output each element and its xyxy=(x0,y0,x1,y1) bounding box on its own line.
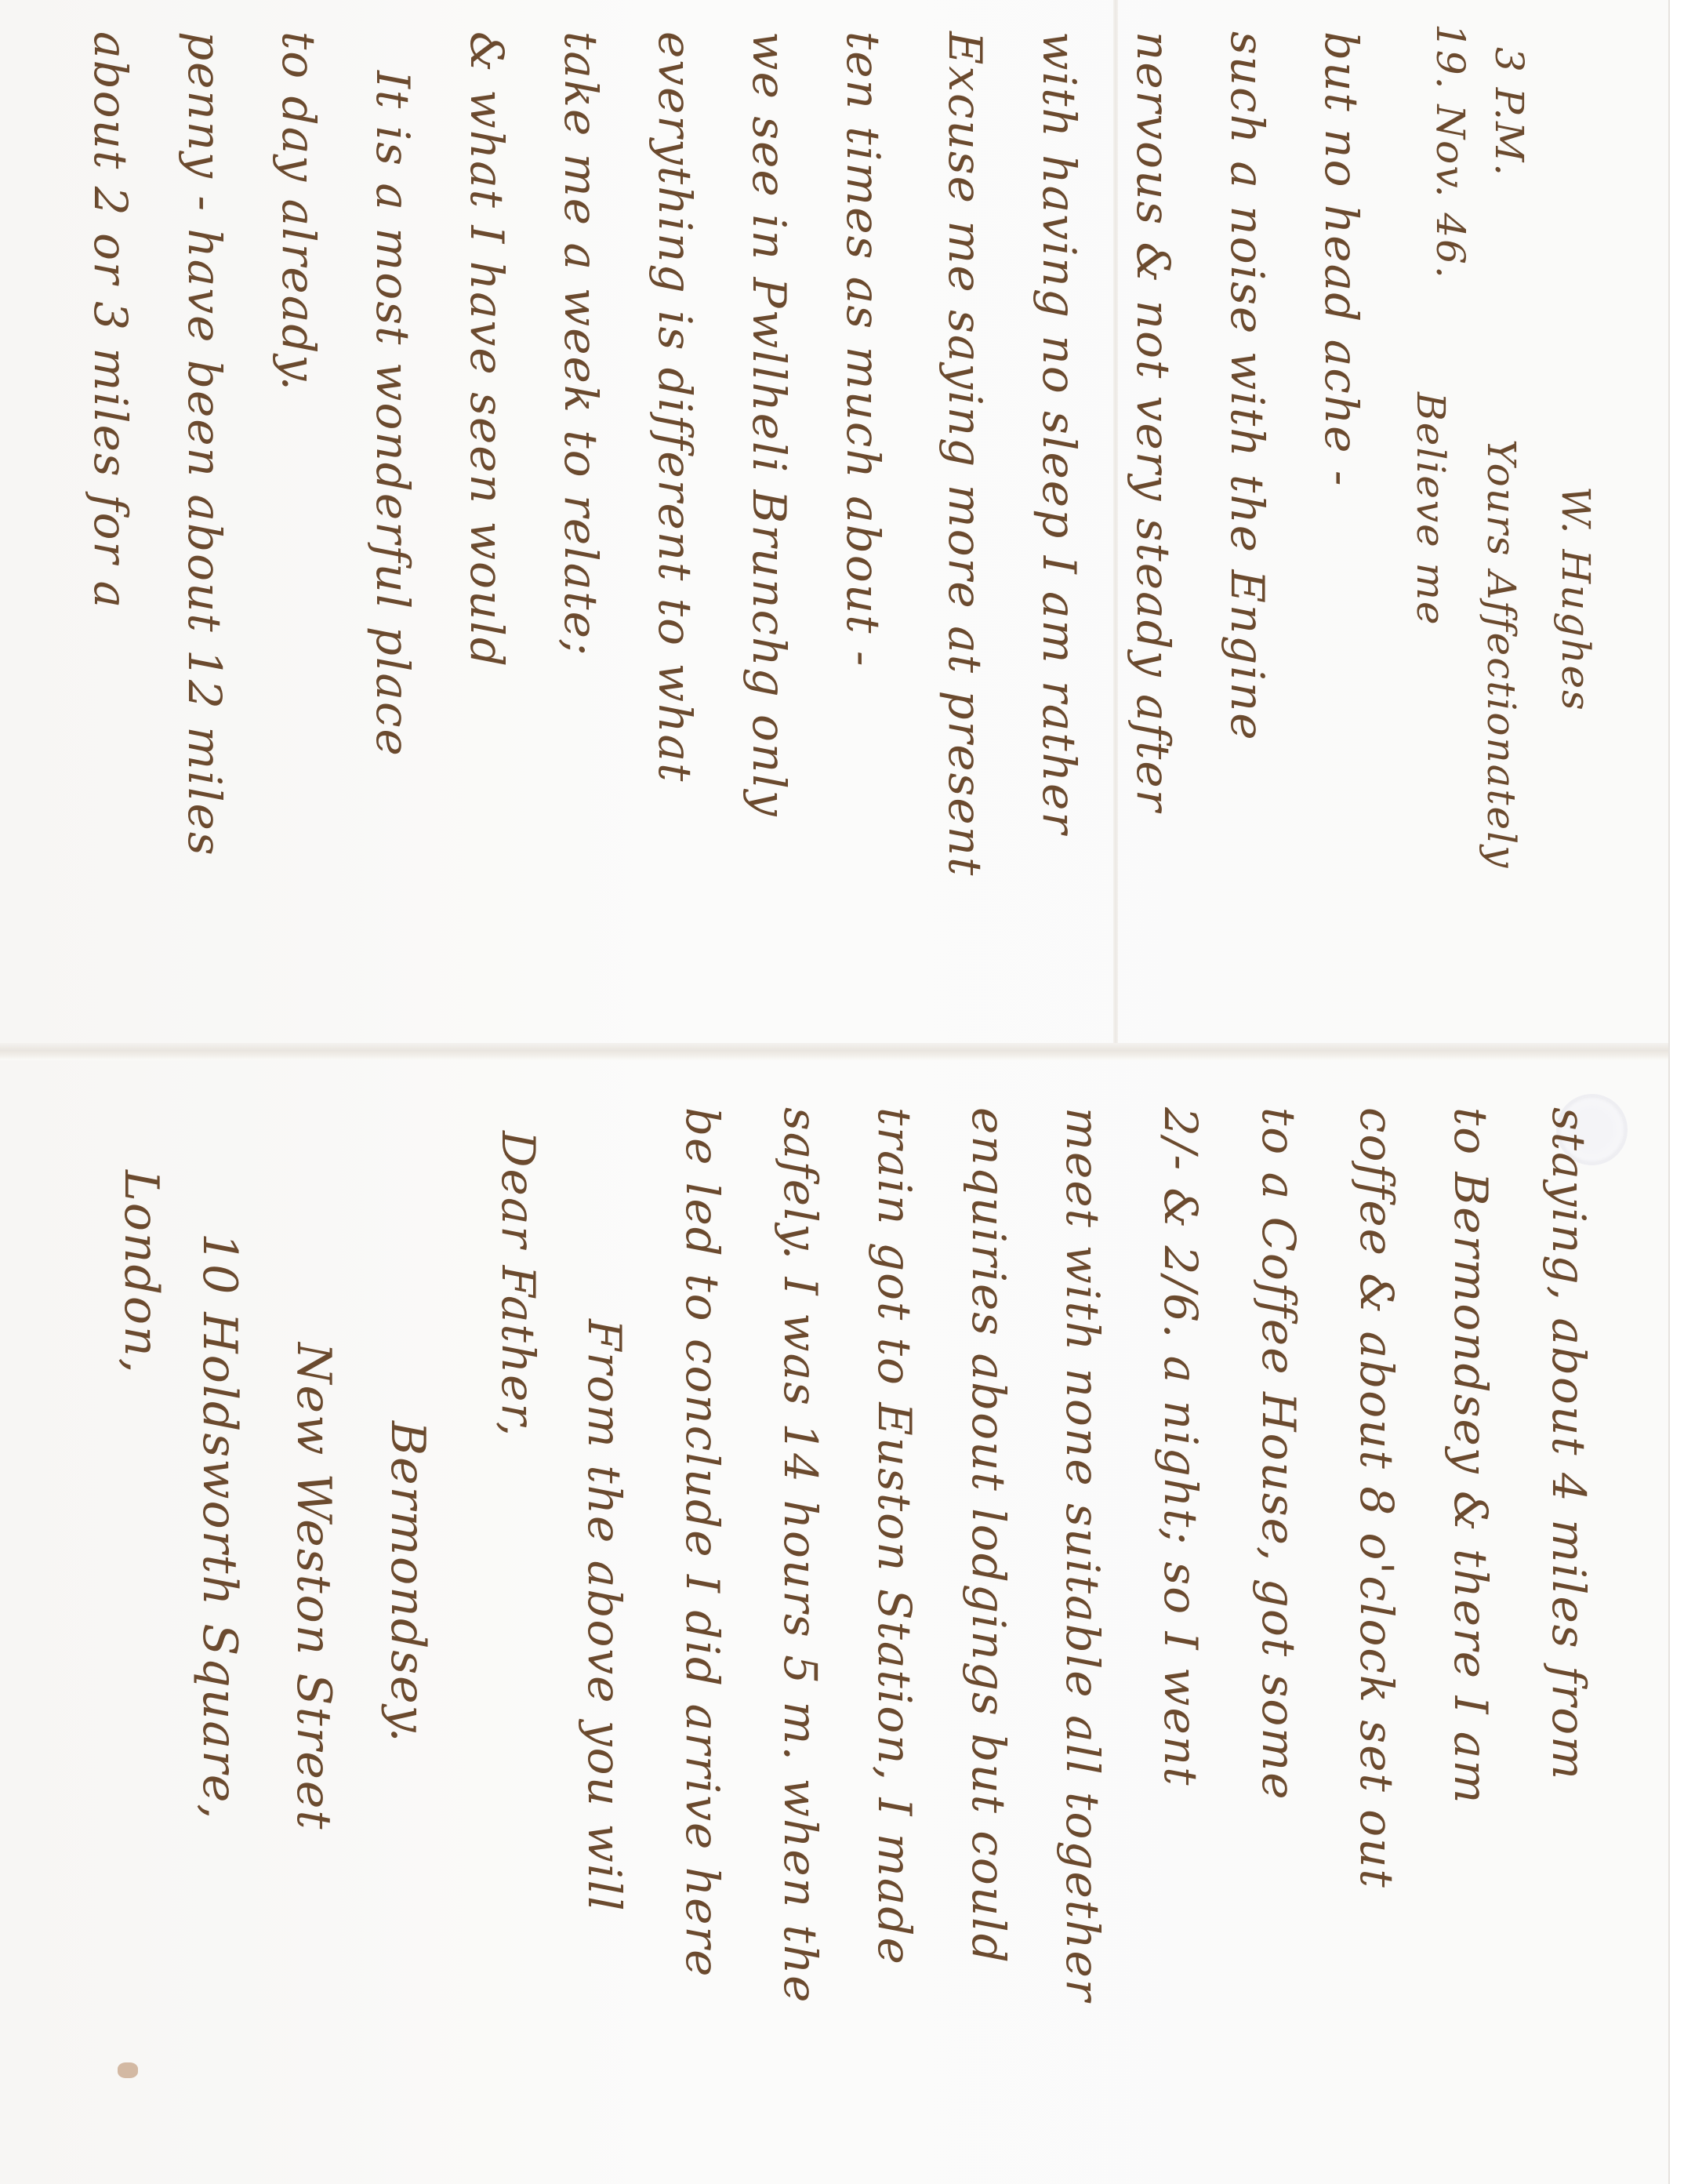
letter-page-1: London, 10 Holdsworth Square, New Weston… xyxy=(0,1060,1670,2184)
body-line: such a noise with the Engine xyxy=(1225,31,1270,742)
letter-scan: London, 10 Holdsworth Square, New Weston… xyxy=(0,0,1670,2184)
date: 19. Nov. 46. xyxy=(1431,24,1470,280)
body-line: meet with none suitable all together xyxy=(1060,1107,1105,2003)
body-line: train got to Euston Station, I made xyxy=(872,1107,917,1966)
closing-yours: Yours Affectionately xyxy=(1482,439,1521,869)
body-line: It is a most wonderful place xyxy=(370,71,416,758)
time: 3 P.M. xyxy=(1490,47,1529,177)
horizontal-fold-crease xyxy=(0,1043,1670,1060)
body-line: nervous & not very steady after xyxy=(1131,31,1176,812)
address-street-2: New Weston Street xyxy=(290,1343,337,1831)
signature: W. Hughes xyxy=(1556,486,1595,712)
body-line: take me a week to relate; xyxy=(558,31,604,656)
salutation: Dear Father, xyxy=(495,1131,541,1437)
address-district: Bermondsey. xyxy=(384,1421,431,1744)
body-line: safely. I was 14 hours 5 m. when the xyxy=(778,1107,823,2004)
body-line: From the above you will xyxy=(582,1319,627,1913)
body-line: 2/- & 2/6. a night; so I went xyxy=(1158,1107,1203,1787)
closing-believe: Believe me xyxy=(1411,392,1450,627)
body-line: about 2 or 3 miles for a xyxy=(88,31,133,609)
body-line: we see in Pwllheli Brunchg only xyxy=(746,31,792,818)
body-line: but no head ache - xyxy=(1319,31,1364,488)
address-city: London, xyxy=(118,1170,165,1375)
body-line: enquiries about lodgings but could xyxy=(966,1107,1011,1964)
body-line: Excuse me saying more at present xyxy=(942,31,988,877)
body-line: with having no sleep I am rather xyxy=(1036,31,1082,835)
body-line: to a Coffee House, got some xyxy=(1256,1107,1301,1801)
letter-page-2: about 2 or 3 miles for a penny - have be… xyxy=(0,0,1670,1043)
body-line: penny - have been about 12 miles xyxy=(182,31,227,857)
body-line: & what I have seen would xyxy=(464,31,510,668)
body-line: everything is different to what xyxy=(652,31,698,783)
body-line: to day already. xyxy=(276,31,321,392)
body-line: coffee & about 8 o'clock set out xyxy=(1354,1107,1399,1889)
scan-margin xyxy=(1668,0,1684,2184)
address-street-1: 10 Holdsworth Square, xyxy=(196,1233,243,1820)
body-line: to Bermondsey & there I am xyxy=(1448,1107,1493,1805)
body-line: ten times as much about - xyxy=(840,31,886,668)
body-line: staying, about 4 miles from xyxy=(1546,1107,1591,1781)
body-line: be led to conclude I did arrive here xyxy=(680,1107,725,1978)
